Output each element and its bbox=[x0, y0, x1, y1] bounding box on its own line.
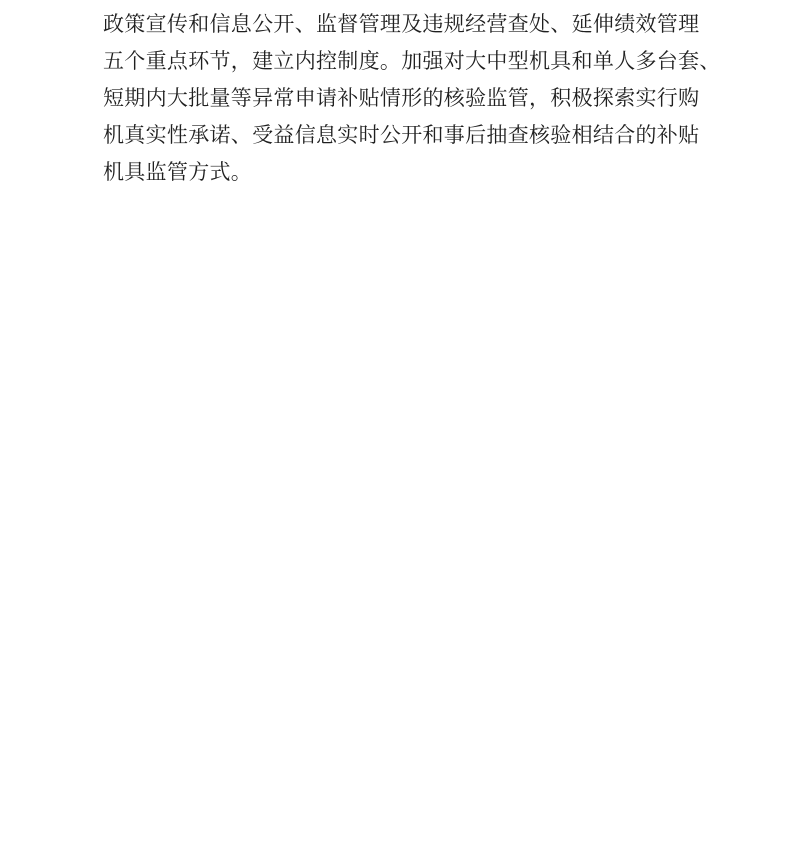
text-line: 机具监管方式。 bbox=[103, 154, 697, 191]
text-line: 短期内大批量等异常申请补贴情形的核验监管，积极探索实行购 bbox=[103, 80, 697, 117]
paragraph: 政策宣传和信息公开、监督管理及违规经营查处、延伸绩效管理 五个重点环节，建立内控… bbox=[103, 6, 697, 191]
text-line: 政策宣传和信息公开、监督管理及违规经营查处、延伸绩效管理 bbox=[103, 6, 697, 43]
document-page: 政策宣传和信息公开、监督管理及违规经营查处、延伸绩效管理 五个重点环节，建立内控… bbox=[0, 0, 793, 851]
text-line: 机真实性承诺、受益信息实时公开和事后抽查核验相结合的补贴 bbox=[103, 117, 697, 154]
text-line: 五个重点环节，建立内控制度。加强对大中型机具和单人多台套、 bbox=[103, 43, 697, 80]
